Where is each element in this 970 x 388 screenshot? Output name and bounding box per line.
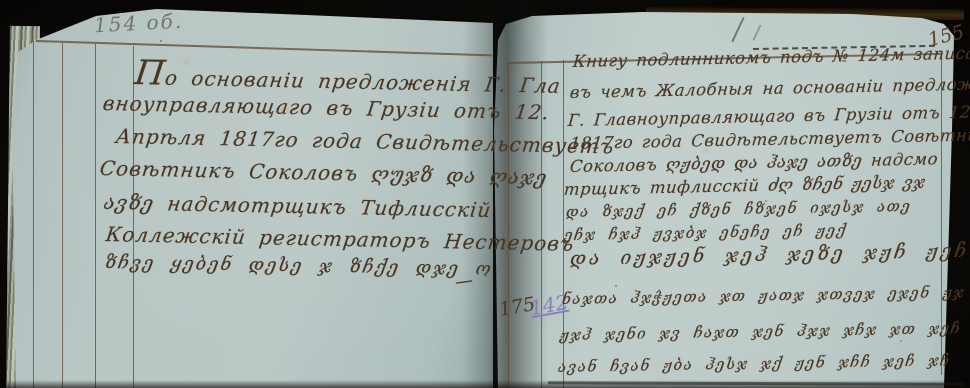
text-end-dash: — — [454, 270, 475, 293]
left-margin-line-3 — [95, 44, 96, 388]
left-margin-line-1 — [33, 41, 34, 388]
page-number-left: 154 об. — [93, 9, 183, 38]
left-margin-line-2 — [62, 43, 63, 388]
manuscript-scan: 154 об. 155 175 142 По основаніи предлож… — [0, 0, 970, 388]
paper-speckles — [160, 40, 162, 42]
